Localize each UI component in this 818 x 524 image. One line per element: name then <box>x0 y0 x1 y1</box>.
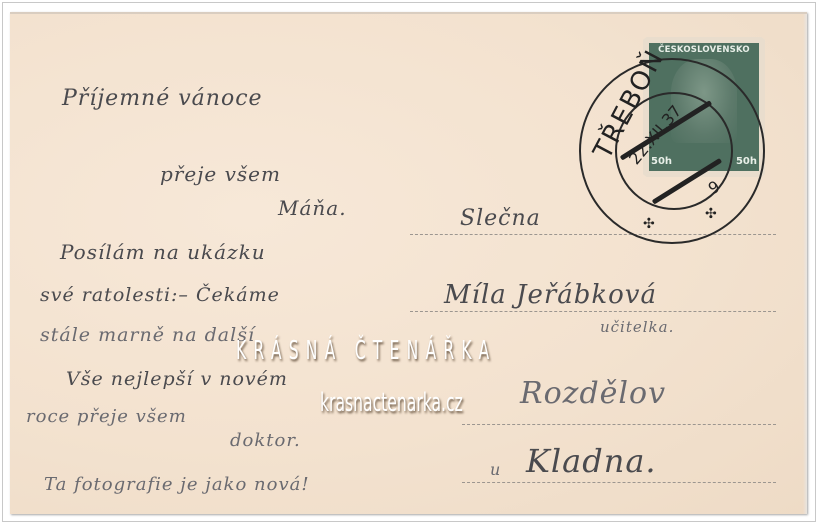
address-line <box>410 311 776 312</box>
watermark-title: KRÁSNÁ ČTENÁŘKA <box>236 336 496 366</box>
message-line: přeje všem <box>160 162 281 186</box>
address-occupation: učitelka. <box>600 318 674 336</box>
message-line: stále marně na další <box>40 324 255 346</box>
address-line <box>462 482 776 483</box>
watermark-url: krasnactenarka.cz <box>320 388 463 418</box>
message-line: doktor. <box>230 430 301 451</box>
message-line: Příjemné vánoce <box>62 86 263 111</box>
address-line <box>410 234 776 235</box>
address-town: Rozdělov <box>520 376 666 411</box>
message-line: Posílám na ukázku <box>60 240 266 264</box>
address-line <box>462 424 776 425</box>
address-name: Míla Jeřábková <box>444 280 657 310</box>
address-salutation: Slečna <box>460 206 541 231</box>
message-line: Vše nejlepší v novém <box>66 368 288 390</box>
address-district-prefix: u <box>490 460 501 479</box>
message-line: roce přeje všem <box>26 406 187 427</box>
message-line: Ta fotografie je jako nová! <box>44 474 310 495</box>
message-line: Máňa. <box>278 196 347 220</box>
stamp-country: ČESKOSLOVENSKO <box>649 45 759 55</box>
star-icon: ✣ <box>643 216 655 232</box>
address-district: Kladna. <box>526 442 657 480</box>
message-line: své ratolesti:– Čekáme <box>40 284 280 306</box>
star-icon: ✣ <box>705 206 717 222</box>
